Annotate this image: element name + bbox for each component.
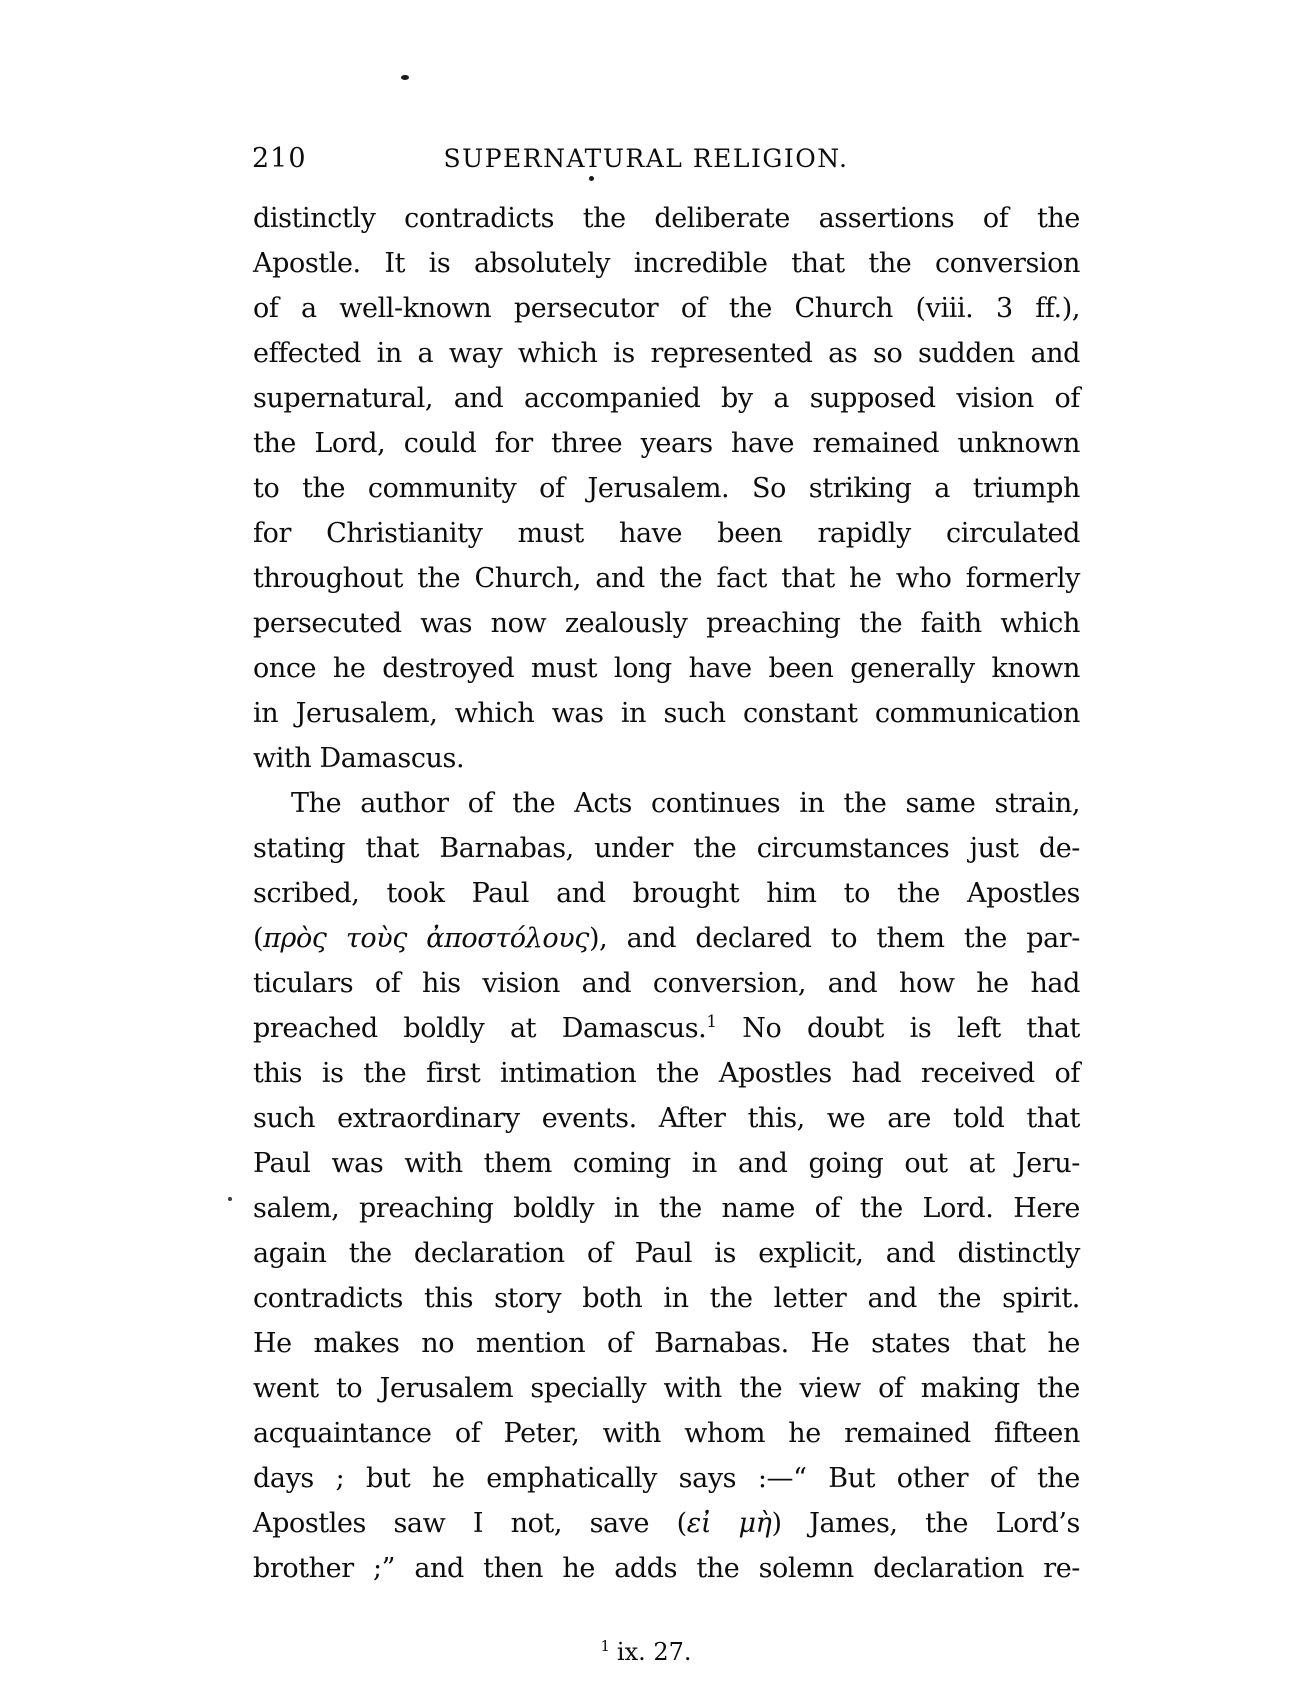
text-segment: scribed, took Paul and brought him to th… [253, 878, 1080, 909]
text-segment: Paul was with them coming in and going o… [253, 1148, 1080, 1179]
body-line: of a well-known persecutor of the Church… [253, 286, 1080, 331]
body-line: once he destroyed must long have been ge… [253, 646, 1080, 691]
body-line: such extraordinary events. After this, w… [253, 1096, 1080, 1141]
body-text-block: distinctly contradicts the deliberate as… [253, 196, 1080, 1591]
text-segment: of a well-known persecutor of the Church… [253, 293, 1080, 324]
text-segment: ) James, the Lord’s [771, 1508, 1080, 1539]
body-line: distinctly contradicts the deliberate as… [253, 196, 1080, 241]
text-segment: The author of the Acts continues in the … [291, 788, 1080, 819]
text-segment: Apostle. It is absolutely incredible tha… [253, 248, 1080, 279]
body-line: effected in a way which is represented a… [253, 331, 1080, 376]
ink-dot-artifact [589, 176, 594, 181]
text-segment: brother ;” and then he adds the solemn d… [253, 1553, 1080, 1584]
text-segment: distinctly contradicts the deliberate as… [253, 203, 1080, 234]
text-segment: went to Jerusalem specially with the vie… [253, 1373, 1080, 1404]
text-segment: He makes no mention of Barnabas. He stat… [253, 1328, 1080, 1359]
text-segment: supernatural, and accompanied by a suppo… [253, 383, 1080, 414]
body-line: went to Jerusalem specially with the vie… [253, 1366, 1080, 1411]
footnote-marker: 1 [600, 1637, 609, 1655]
text-segment: effected in a way which is represented a… [253, 338, 1080, 369]
text-segment: once he destroyed must long have been ge… [253, 653, 1080, 684]
body-line: to the community of Jerusalem. So striki… [253, 466, 1080, 511]
body-line: again the declaration of Paul is explici… [253, 1231, 1080, 1276]
body-line: with Damascus. [253, 736, 1080, 781]
body-line: days ; but he emphatically says :—“ But … [253, 1456, 1080, 1501]
footnote-text: ix. 27. [617, 1638, 692, 1666]
page-number: 210 [252, 143, 307, 174]
running-title: SUPERNATURAL RELIGION. [444, 144, 849, 173]
text-segment: days ; but he emphatically says :—“ But … [253, 1463, 1080, 1494]
text-segment: No doubt is left that [717, 1013, 1080, 1044]
body-line: supernatural, and accompanied by a suppo… [253, 376, 1080, 421]
ink-dot-artifact [401, 75, 409, 80]
text-segment: persecuted was now zealously preaching t… [253, 608, 1080, 639]
body-line: Paul was with them coming in and going o… [253, 1141, 1080, 1186]
ink-dot-artifact [228, 1197, 232, 1201]
text-segment: the Lord, could for three years have rem… [253, 428, 1080, 459]
body-line: brother ;” and then he adds the solemn d… [253, 1546, 1080, 1591]
body-line: ticulars of his vision and conversion, a… [253, 961, 1080, 1006]
text-segment: salem, preaching boldly in the name of t… [253, 1193, 1080, 1224]
body-line: Apostles saw I not, save (εἰ μὴ) James, … [253, 1501, 1080, 1546]
greek-text: εἰ μὴ [687, 1508, 772, 1539]
body-line: for Christianity must have been rapidly … [253, 511, 1080, 556]
body-line: (πρὸς τοὺς ἀποστόλους), and declared to … [253, 916, 1080, 961]
text-segment: stating that Barnabas, under the circums… [253, 833, 1080, 864]
text-segment: ( [253, 923, 263, 954]
text-segment: again the declaration of Paul is explici… [253, 1238, 1080, 1269]
text-segment: Apostles saw I not, save ( [253, 1508, 687, 1539]
text-segment: to the community of Jerusalem. So striki… [253, 473, 1080, 504]
body-line: He makes no mention of Barnabas. He stat… [253, 1321, 1080, 1366]
body-line: the Lord, could for three years have rem… [253, 421, 1080, 466]
body-line: this is the first intimation the Apostle… [253, 1051, 1080, 1096]
body-line: acquaintance of Peter, with whom he rema… [253, 1411, 1080, 1456]
text-segment: in Jerusalem, which was in such constant… [253, 698, 1080, 729]
text-segment: acquaintance of Peter, with whom he rema… [253, 1418, 1080, 1449]
text-segment: throughout the Church, and the fact that… [253, 563, 1080, 594]
body-line: preached boldly at Damascus.1 No doubt i… [253, 1006, 1080, 1051]
body-line: throughout the Church, and the fact that… [253, 556, 1080, 601]
body-line: salem, preaching boldly in the name of t… [253, 1186, 1080, 1231]
text-segment: ), and declared to them the par- [589, 923, 1080, 954]
book-page: 210 SUPERNATURAL RELIGION. distinctly co… [0, 0, 1292, 1700]
greek-text: πρὸς τοὺς ἀποστόλους [263, 923, 589, 954]
body-line: stating that Barnabas, under the circums… [253, 826, 1080, 871]
body-line: in Jerusalem, which was in such constant… [253, 691, 1080, 736]
body-line: Apostle. It is absolutely incredible tha… [253, 241, 1080, 286]
body-line: scribed, took Paul and brought him to th… [253, 871, 1080, 916]
footnote: 1ix. 27. [0, 1638, 1292, 1666]
text-segment: preached boldly at Damascus. [253, 1013, 706, 1044]
text-segment: ticulars of his vision and conversion, a… [253, 968, 1080, 999]
text-segment: for Christianity must have been rapidly … [253, 518, 1080, 549]
body-line: The author of the Acts continues in the … [253, 781, 1080, 826]
body-line: contradicts this story both in the lette… [253, 1276, 1080, 1321]
text-segment: contradicts this story both in the lette… [253, 1283, 1080, 1314]
text-segment: such extraordinary events. After this, w… [253, 1103, 1080, 1134]
text-segment: this is the first intimation the Apostle… [253, 1058, 1080, 1089]
footnote-reference: 1 [706, 1011, 716, 1031]
body-line: persecuted was now zealously preaching t… [253, 601, 1080, 646]
text-segment: with Damascus. [253, 743, 464, 774]
